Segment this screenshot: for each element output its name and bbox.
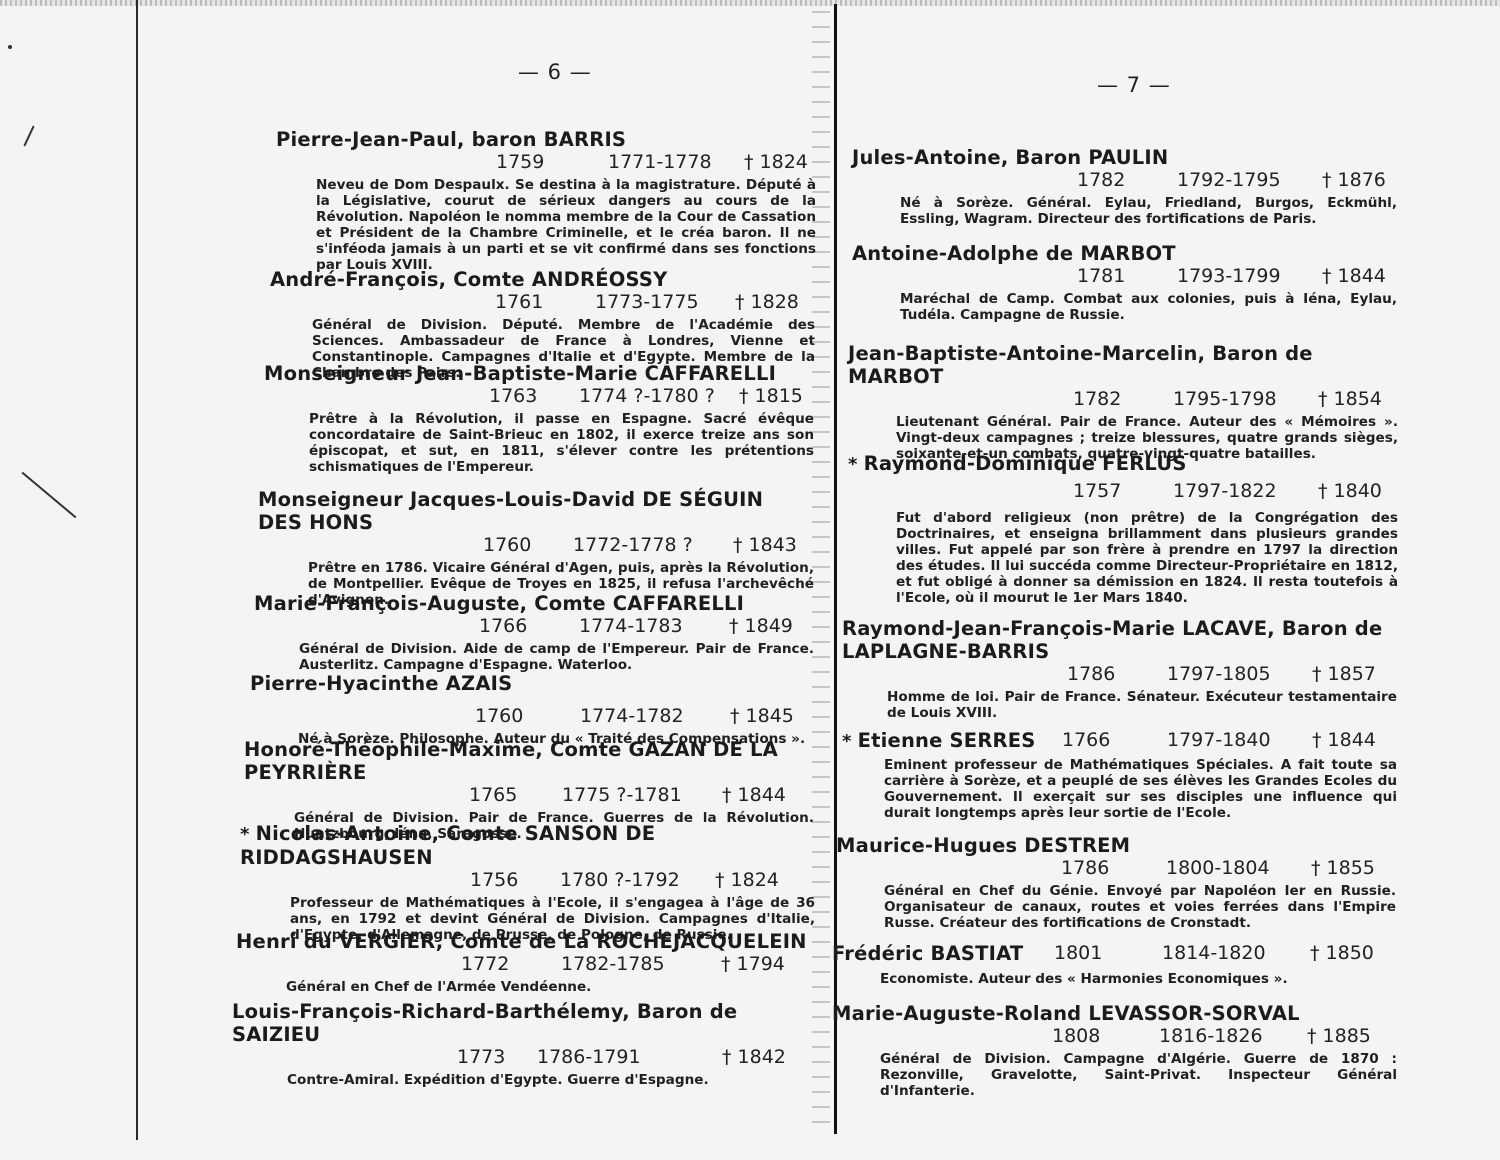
stray-mark (23, 126, 34, 147)
entry: Jules-Antoine, Baron PAULIN 1782 1792-17… (852, 146, 1397, 227)
entry: Louis-François-Richard-Barthélemy, Baron… (232, 1000, 817, 1088)
entry-years: 1782 1792-1795 † 1876 (852, 169, 1397, 195)
entry: Maurice-Hugues DESTREM 1786 1800-1804 † … (836, 834, 1396, 931)
school-years: 1774-1783 (579, 615, 683, 637)
school-years: 1797-1822 (1173, 480, 1277, 502)
entry-years: 1765 1775 ?-1781 † 1844 (244, 784, 814, 810)
entry-name: Monseigneur Jean-Baptiste-Marie CAFFAREL… (264, 362, 814, 385)
entry-name: Jean-Baptiste-Antoine-Marcelin, Baron de… (848, 342, 1398, 388)
birth-year: 1772 (461, 953, 509, 975)
death-year: † 1824 (715, 869, 779, 891)
scan-top-edge (0, 0, 1500, 6)
entry-years: 1782 1795-1798 † 1854 (848, 388, 1398, 414)
school-years: 1775 ?-1781 (562, 784, 682, 806)
entry-name-text: Raymond-Dominique FERLUS (864, 452, 1187, 475)
death-year: † 1885 (1307, 1025, 1371, 1047)
entry-name: Maurice-Hugues DESTREM (836, 834, 1396, 857)
entry-years: 1786 1800-1804 † 1855 (836, 857, 1396, 883)
school-years: 1774 ?-1780 ? (579, 385, 715, 407)
death-year: † 1815 (739, 385, 803, 407)
entry-description: Neveu de Dom Despaulx. Se destina à la m… (316, 177, 816, 273)
featured-star: * (240, 824, 250, 845)
entry-name: André-François, Comte ANDRÉOSSY (270, 268, 815, 291)
entry-years: 1756 1780 ?-1792 † 1824 (240, 869, 815, 895)
entry-years: 1759 1771-1778 † 1824 (276, 151, 816, 177)
entry-name-text: Nicolas-Antoine, Comte SANSON DE RIDDAGS… (240, 822, 655, 869)
birth-year: 1781 (1077, 265, 1125, 287)
birth-year: 1756 (470, 869, 518, 891)
entry-description: Economiste. Auteur des « Harmonies Econo… (880, 971, 1397, 987)
birth-year: 1808 (1052, 1025, 1100, 1047)
birth-year: 1760 (483, 534, 531, 556)
entry-years: 1763 1774 ?-1780 ? † 1815 (264, 385, 814, 411)
death-year: † 1857 (1312, 663, 1376, 685)
school-years: 1814-1820 (1162, 942, 1266, 964)
entry-years: 1772 1782-1785 † 1794 (236, 953, 816, 979)
entry-years: 1766 1797-1840 † 1844 (842, 729, 1397, 755)
school-years: 1816-1826 (1159, 1025, 1263, 1047)
birth-year: 1766 (479, 615, 527, 637)
death-year: † 1849 (729, 615, 793, 637)
entry-description: Né à Sorèze. Général. Eylau, Friedland, … (900, 195, 1397, 227)
entry: Marie-François-Auguste, Comte CAFFARELLI… (254, 592, 814, 673)
entry-description: Eminent professeur de Mathématiques Spéc… (884, 757, 1397, 821)
birth-year: 1757 (1073, 480, 1121, 502)
birth-year: 1766 (1062, 729, 1110, 751)
entry-years: 1761 1773-1775 † 1828 (270, 291, 815, 317)
binding-rule-left (136, 0, 138, 1140)
school-years: 1782-1785 (561, 953, 665, 975)
birth-year: 1773 (457, 1046, 505, 1068)
school-years: 1792-1795 (1177, 169, 1281, 191)
entry-years: 1760 1774-1782 † 1845 (250, 705, 815, 731)
stray-mark (22, 472, 77, 519)
death-year: † 1845 (730, 705, 794, 727)
school-years: 1797-1840 (1167, 729, 1271, 751)
page-number: — 7 — (1097, 73, 1171, 97)
entry-name: *Nicolas-Antoine, Comte SANSON DE RIDDAG… (240, 822, 815, 869)
death-year: † 1824 (744, 151, 808, 173)
entry-years: 1781 1793-1799 † 1844 (852, 265, 1397, 291)
entry: *Nicolas-Antoine, Comte SANSON DE RIDDAG… (240, 822, 815, 943)
birth-year: 1763 (489, 385, 537, 407)
entry: Raymond-Jean-François-Marie LACAVE, Baro… (842, 617, 1397, 721)
entry: Monseigneur Jacques-Louis-David DE SÉGUI… (258, 488, 814, 608)
death-year: † 1854 (1318, 388, 1382, 410)
death-year: † 1844 (722, 784, 786, 806)
death-year: † 1828 (735, 291, 799, 313)
birth-year: 1760 (475, 705, 523, 727)
entry-years: 1786 1797-1805 † 1857 (842, 663, 1397, 689)
school-years: 1780 ?-1792 (560, 869, 680, 891)
death-year: † 1876 (1322, 169, 1386, 191)
birth-year: 1761 (495, 291, 543, 313)
entry-name: Marie-François-Auguste, Comte CAFFARELLI (254, 592, 814, 615)
birth-year: 1786 (1067, 663, 1115, 685)
entry-name: Louis-François-Richard-Barthélemy, Baron… (232, 1000, 817, 1046)
entry-years: 1766 1774-1783 † 1849 (254, 615, 814, 641)
school-years: 1793-1799 (1177, 265, 1281, 287)
entry-name: *Raymond-Dominique FERLUS (848, 452, 1398, 476)
entry-description: Homme de loi. Pair de France. Sénateur. … (887, 689, 1397, 721)
page-number: — 6 — (518, 60, 592, 84)
entry-name: Raymond-Jean-François-Marie LACAVE, Baro… (842, 617, 1397, 663)
entry-name: Antoine-Adolphe de MARBOT (852, 242, 1397, 265)
entry-name: Pierre-Hyacinthe AZAIS (250, 672, 815, 695)
entry: *Etienne SERRES Eminent professeur de Ma… (842, 729, 1397, 821)
entry-name: Honoré-Théophile-Maxime, Comte GAZAN DE … (244, 738, 814, 784)
entry-years: 1801 1814-1820 † 1850 (832, 942, 1397, 968)
death-year: † 1843 (733, 534, 797, 556)
entry-name: Pierre-Jean-Paul, baron BARRIS (276, 128, 816, 151)
entry-description: Prêtre à la Révolution, il passe en Espa… (309, 411, 814, 475)
entry: Antoine-Adolphe de MARBOT 1781 1793-1799… (852, 242, 1397, 323)
entry: Frédéric BASTIAT Economiste. Auteur des … (832, 942, 1397, 987)
death-year: † 1855 (1311, 857, 1375, 879)
entry-description: Général de Division. Aide de camp de l'E… (299, 641, 814, 673)
school-years: 1800-1804 (1166, 857, 1270, 879)
birth-year: 1759 (496, 151, 544, 173)
birth-year: 1765 (469, 784, 517, 806)
school-years: 1774-1782 (580, 705, 684, 727)
entry-name: Monseigneur Jacques-Louis-David DE SÉGUI… (258, 488, 814, 534)
death-year: † 1850 (1310, 942, 1374, 964)
birth-year: 1801 (1054, 942, 1102, 964)
school-years: 1771-1778 (608, 151, 712, 173)
school-years: 1786-1791 (537, 1046, 641, 1068)
entry-name: Marie-Auguste-Roland LEVASSOR-SORVAL (832, 1002, 1397, 1025)
entry: Pierre-Hyacinthe AZAIS 1760 1774-1782 † … (250, 672, 815, 747)
entry-name: Jules-Antoine, Baron PAULIN (852, 146, 1397, 169)
entry-description: Général en Chef du Génie. Envoyé par Nap… (884, 883, 1396, 931)
entry-description: Général en Chef de l'Armée Vendéenne. (286, 979, 816, 995)
entry: Jean-Baptiste-Antoine-Marcelin, Baron de… (848, 342, 1398, 462)
entry: *Raymond-Dominique FERLUS 1757 1797-1822… (848, 452, 1398, 606)
entry-description: Fut d'abord religieux (non prêtre) de la… (896, 510, 1398, 606)
stray-mark (8, 45, 12, 49)
entry: Monseigneur Jean-Baptiste-Marie CAFFAREL… (264, 362, 814, 475)
death-year: † 1844 (1312, 729, 1376, 751)
entry: Pierre-Jean-Paul, baron BARRIS 1759 1771… (276, 128, 816, 273)
death-year: † 1840 (1318, 480, 1382, 502)
entry-description: Contre-Amiral. Expédition d'Egypte. Guer… (287, 1072, 817, 1088)
birth-year: 1782 (1073, 388, 1121, 410)
death-year: † 1844 (1322, 265, 1386, 287)
entry: Marie-Auguste-Roland LEVASSOR-SORVAL 180… (832, 1002, 1397, 1099)
entry-years: 1808 1816-1826 † 1885 (832, 1025, 1397, 1051)
entry-years: 1773 1786-1791 † 1842 (232, 1046, 817, 1072)
entry-years: 1760 1772-1778 ? † 1843 (258, 534, 814, 560)
school-years: 1772-1778 ? (573, 534, 693, 556)
death-year: † 1842 (722, 1046, 786, 1068)
entry-years: 1757 1797-1822 † 1840 (848, 480, 1398, 506)
birth-year: 1782 (1077, 169, 1125, 191)
death-year: † 1794 (721, 953, 785, 975)
entry-description: Maréchal de Camp. Combat aux colonies, p… (900, 291, 1397, 323)
entry-name: Henri du VERGIER, Comte de La ROCHEJACQU… (236, 930, 816, 953)
school-years: 1795-1798 (1173, 388, 1277, 410)
featured-star: * (848, 454, 858, 475)
school-years: 1797-1805 (1167, 663, 1271, 685)
birth-year: 1786 (1061, 857, 1109, 879)
school-years: 1773-1775 (595, 291, 699, 313)
entry: Henri du VERGIER, Comte de La ROCHEJACQU… (236, 930, 816, 995)
entry-description: Général de Division. Campagne d'Algérie.… (880, 1051, 1397, 1099)
